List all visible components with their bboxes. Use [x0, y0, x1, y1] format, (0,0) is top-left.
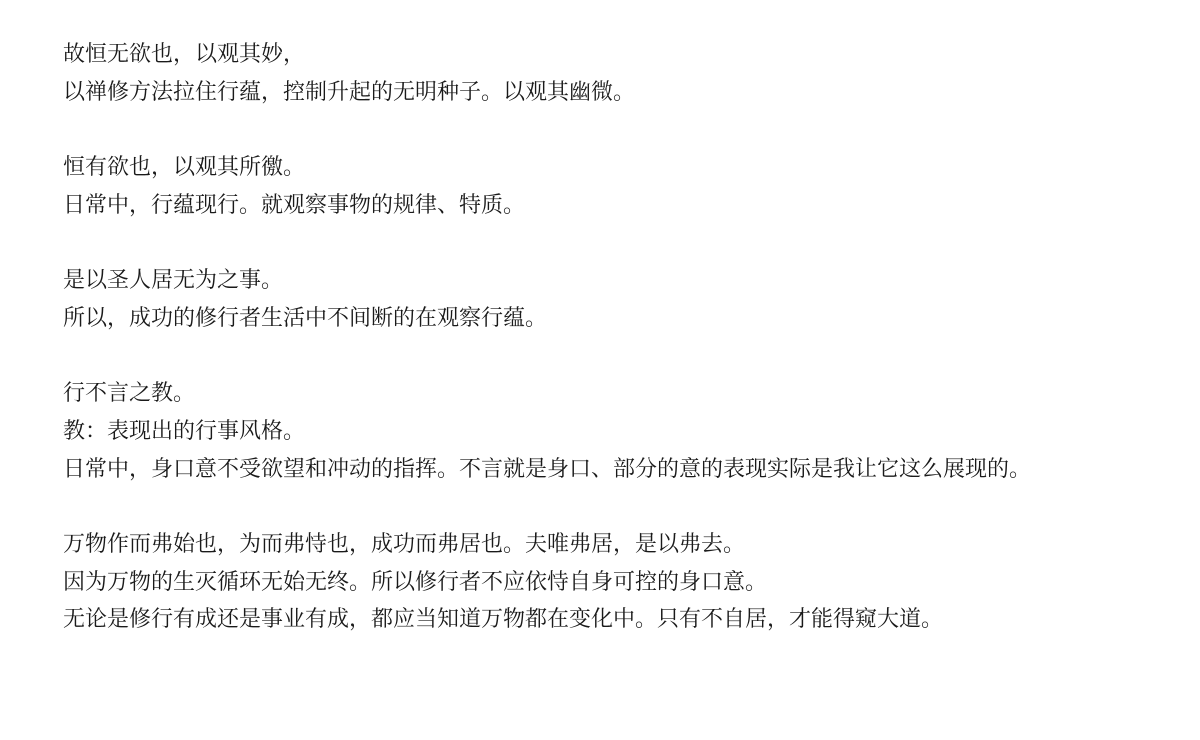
text-line: 日常中，身口意不受欲望和冲动的指挥。不言就是身口、部分的意的表现实际是我让它这么… [63, 451, 1073, 489]
text-line: 行不言之教。 [63, 375, 1073, 413]
document-body: 故恒无欲也，以观其妙， 以禅修方法拉住行蕴，控制升起的无明种子。以观其幽微。 恒… [63, 36, 1073, 677]
paragraph-5: 万物作而弗始也，为而弗恃也，成功而弗居也。夫唯弗居，是以弗去。 因为万物的生灭循… [63, 526, 1073, 639]
text-line: 恒有欲也，以观其所徼。 [63, 149, 1073, 187]
paragraph-3: 是以圣人居无为之事。 所以，成功的修行者生活中不间断的在观察行蕴。 [63, 262, 1073, 337]
text-line: 万物作而弗始也，为而弗恃也，成功而弗居也。夫唯弗居，是以弗去。 [63, 526, 1073, 564]
paragraph-1: 故恒无欲也，以观其妙， 以禅修方法拉住行蕴，控制升起的无明种子。以观其幽微。 [63, 36, 1073, 111]
text-line: 以禅修方法拉住行蕴，控制升起的无明种子。以观其幽微。 [63, 74, 1073, 112]
text-line: 因为万物的生灭循环无始无终。所以修行者不应依恃自身可控的身口意。 [63, 564, 1073, 602]
paragraph-4: 行不言之教。 教：表现出的行事风格。 日常中，身口意不受欲望和冲动的指挥。不言就… [63, 375, 1073, 488]
text-line: 日常中，行蕴现行。就观察事物的规律、特质。 [63, 187, 1073, 225]
text-line: 所以，成功的修行者生活中不间断的在观察行蕴。 [63, 300, 1073, 338]
text-line: 教：表现出的行事风格。 [63, 413, 1073, 451]
text-line: 无论是修行有成还是事业有成，都应当知道万物都在变化中。只有不自居，才能得窥大道。 [63, 601, 1073, 639]
text-line: 是以圣人居无为之事。 [63, 262, 1073, 300]
paragraph-2: 恒有欲也，以观其所徼。 日常中，行蕴现行。就观察事物的规律、特质。 [63, 149, 1073, 224]
text-line: 故恒无欲也，以观其妙， [63, 36, 1073, 74]
